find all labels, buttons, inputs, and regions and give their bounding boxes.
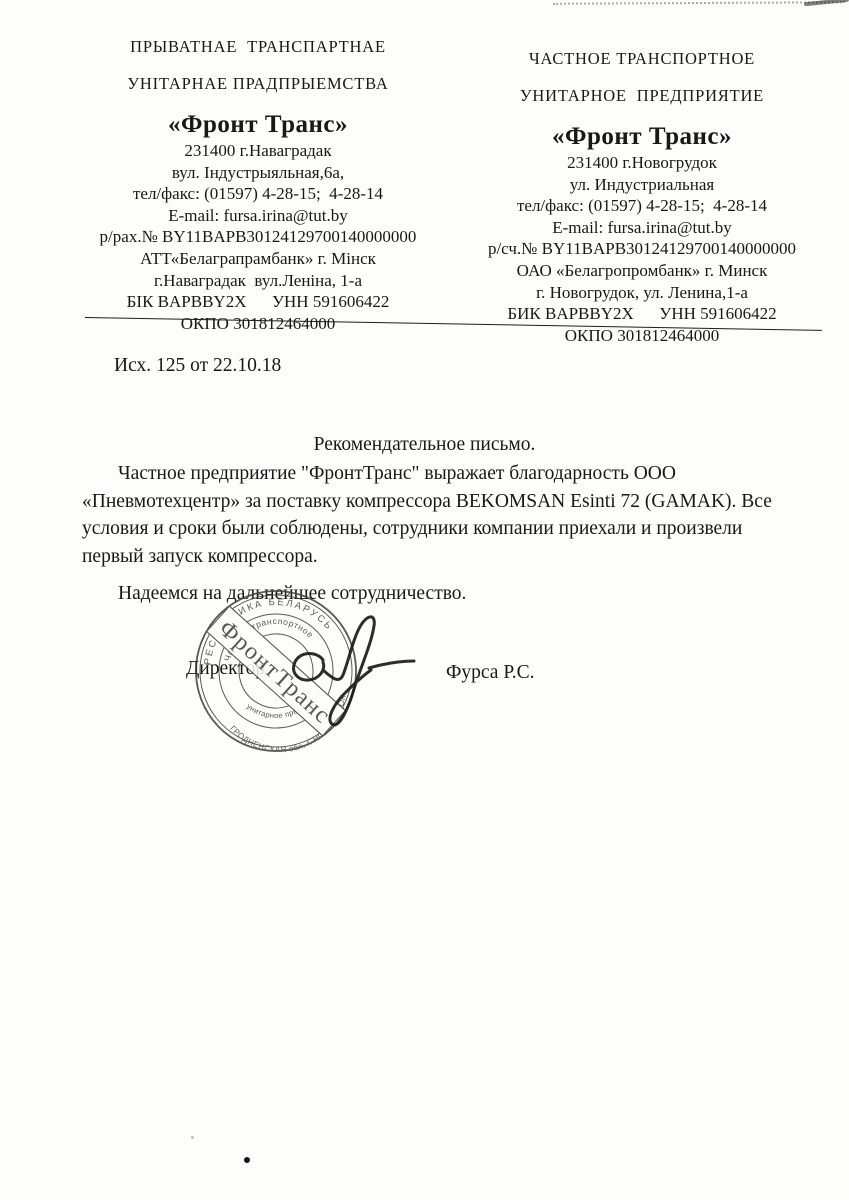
outgoing-ref-line: Исх. 125 от 22.10.18: [114, 355, 281, 377]
letterhead-detail-line: 231400 г.Новогрудок: [446, 152, 838, 174]
letterhead-detail-line: р/рах.№ BY11BAPB30124129700140000000: [62, 226, 454, 248]
letterhead-right-details: 231400 г.Новогрудок ул. Индустриальная т…: [446, 152, 838, 346]
letterhead-left-details: 231400 г.Наваградак вул. Індустрыяльная,…: [62, 140, 454, 334]
org-type-line-1: ЧАСТНОЕ ТРАНСПОРТНОЕ: [446, 48, 838, 69]
letterhead-detail-line: тел/факс: (01597) 4-28-15; 4-28-14: [62, 183, 454, 205]
letterhead-left-column: ПРЫВАТНАЕ ТРАНСПАРТНАЕ УНІТАРНАЕ ПРАДПРЫ…: [62, 36, 454, 334]
company-name: «Фронт Транс»: [446, 122, 838, 152]
scanned-letter-page: ПРЫВАТНАЕ ТРАНСПАРТНАЕ УНІТАРНАЕ ПРАДПРЫ…: [0, 0, 849, 1200]
scan-artifact-faint-dot: [191, 1136, 194, 1139]
company-name: «Фронт Транс»: [62, 110, 454, 140]
letterhead-detail-line: вул. Індустрыяльная,6а,: [62, 162, 454, 184]
letterhead-detail-line: ОАО «Белагропромбанк» г. Минск: [446, 260, 838, 282]
letterhead-detail-line: г.Наваградак вул.Леніна, 1-а: [62, 270, 454, 292]
org-type-line-2: УНИТАРНОЕ ПРЕДПРИЯТИЕ: [446, 85, 838, 106]
letterhead-detail-line: тел/факс: (01597) 4-28-15; 4-28-14: [446, 195, 838, 217]
body-paragraph-1: Частное предприятие "ФронтТранс" выражае…: [82, 460, 782, 570]
letterhead-detail-line: ОКПО 301812464000: [446, 325, 838, 347]
scan-artifact-dot: [244, 1157, 250, 1163]
letterhead-detail-line: ул. Индустриальная: [446, 174, 838, 196]
letterhead-detail-line: АТТ«Белаграпрамбанк» г. Мінск: [62, 248, 454, 270]
letterhead-detail-line: ОКПО 301812464000: [62, 313, 454, 335]
letter-body: Частное предприятие "ФронтТранс" выражае…: [82, 460, 782, 608]
scan-artifact-top-dots: [553, 1, 845, 5]
signature-name-label: Фурса Р.С.: [446, 662, 535, 684]
letter-title: Рекомендательное письмо.: [0, 434, 849, 456]
letterhead-detail-line: 231400 г.Наваградак: [62, 140, 454, 162]
signature-tail-stroke: [369, 661, 414, 668]
org-type-line-1: ПРЫВАТНАЕ ТРАНСПАРТНАЕ: [62, 36, 454, 57]
signature-main-stroke: [323, 617, 374, 725]
letterhead-detail-line: E-mail: fursa.irina@tut.by: [446, 217, 838, 239]
letterhead-detail-line: БІК BAPBBY2X УНН 591606422: [62, 291, 454, 313]
letterhead-detail-line: БИК BAPBBY2X УНН 591606422: [446, 303, 838, 325]
letterhead-right-column: ЧАСТНОЕ ТРАНСПОРТНОЕ УНИТАРНОЕ ПРЕДПРИЯТ…: [446, 48, 838, 346]
signature-oval-stroke: [294, 653, 324, 680]
letterhead-detail-line: г. Новогрудок, ул. Ленина,1-а: [446, 282, 838, 304]
letterhead-detail-line: E-mail: fursa.irina@tut.by: [62, 205, 454, 227]
handwritten-signature: [283, 604, 433, 749]
org-type-line-2: УНІТАРНАЕ ПРАДПРЫЕМСТВА: [62, 73, 454, 94]
letterhead-detail-line: р/сч.№ BY11BAPB30124129700140000000: [446, 238, 838, 260]
